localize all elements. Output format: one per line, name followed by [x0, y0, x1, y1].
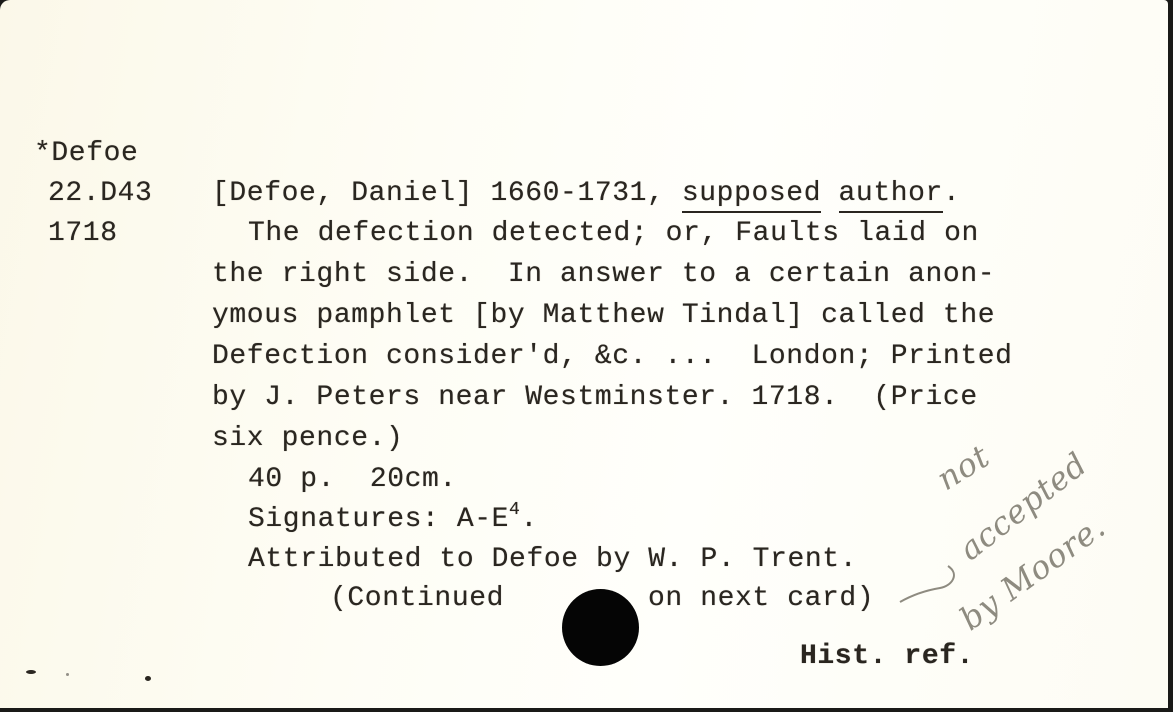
ink-speck	[66, 673, 69, 676]
heading-underlined-author: author	[839, 178, 943, 213]
signatures-suffix: .	[520, 504, 537, 535]
ink-speck	[26, 670, 36, 674]
heading-suffix: .	[943, 178, 960, 209]
title-line-3: ymous pamphlet [by Matthew Tindal] calle…	[212, 302, 995, 330]
reference-note: Hist. ref.	[800, 643, 974, 671]
title-line-2: the right side. In answer to a certain a…	[212, 261, 995, 289]
collation: 40 p. 20cm.	[248, 466, 457, 494]
handwritten-not: not	[930, 437, 996, 498]
main-heading: [Defoe, Daniel] 1660-1731, supposed auth…	[212, 180, 960, 208]
punch-hole	[562, 589, 639, 666]
continued-part-2: on next card)	[648, 585, 874, 613]
title-line-6: six pence.)	[212, 425, 403, 453]
signatures-text: Signatures: A-E	[248, 504, 509, 535]
title-line-1: The defection detected; or, Faults laid …	[248, 220, 979, 248]
call-number-line-2: 22.D43	[48, 180, 152, 208]
heading-underlined-supposed: supposed	[682, 178, 821, 213]
ink-speck	[145, 676, 151, 681]
call-number-line-1: *Defoe	[34, 140, 138, 168]
continued-part-1: (Continued	[330, 585, 504, 613]
call-number-line-3: 1718	[48, 220, 118, 248]
heading-space	[821, 178, 838, 209]
signatures: Signatures: A-E4.	[248, 506, 538, 534]
title-line-5: by J. Peters near Westminster. 1718. (Pr…	[212, 384, 978, 412]
handwritten-bracket-mark	[890, 560, 970, 610]
title-line-4: Defection consider'd, &c. ... London; Pr…	[212, 343, 1013, 371]
heading-prefix: [Defoe, Daniel] 1660-1731,	[212, 178, 682, 209]
signatures-superscript: 4	[509, 500, 520, 520]
catalog-card: *Defoe 22.D43 1718 [Defoe, Daniel] 1660-…	[0, 0, 1168, 708]
attribution-note: Attributed to Defoe by W. P. Trent.	[248, 546, 857, 574]
